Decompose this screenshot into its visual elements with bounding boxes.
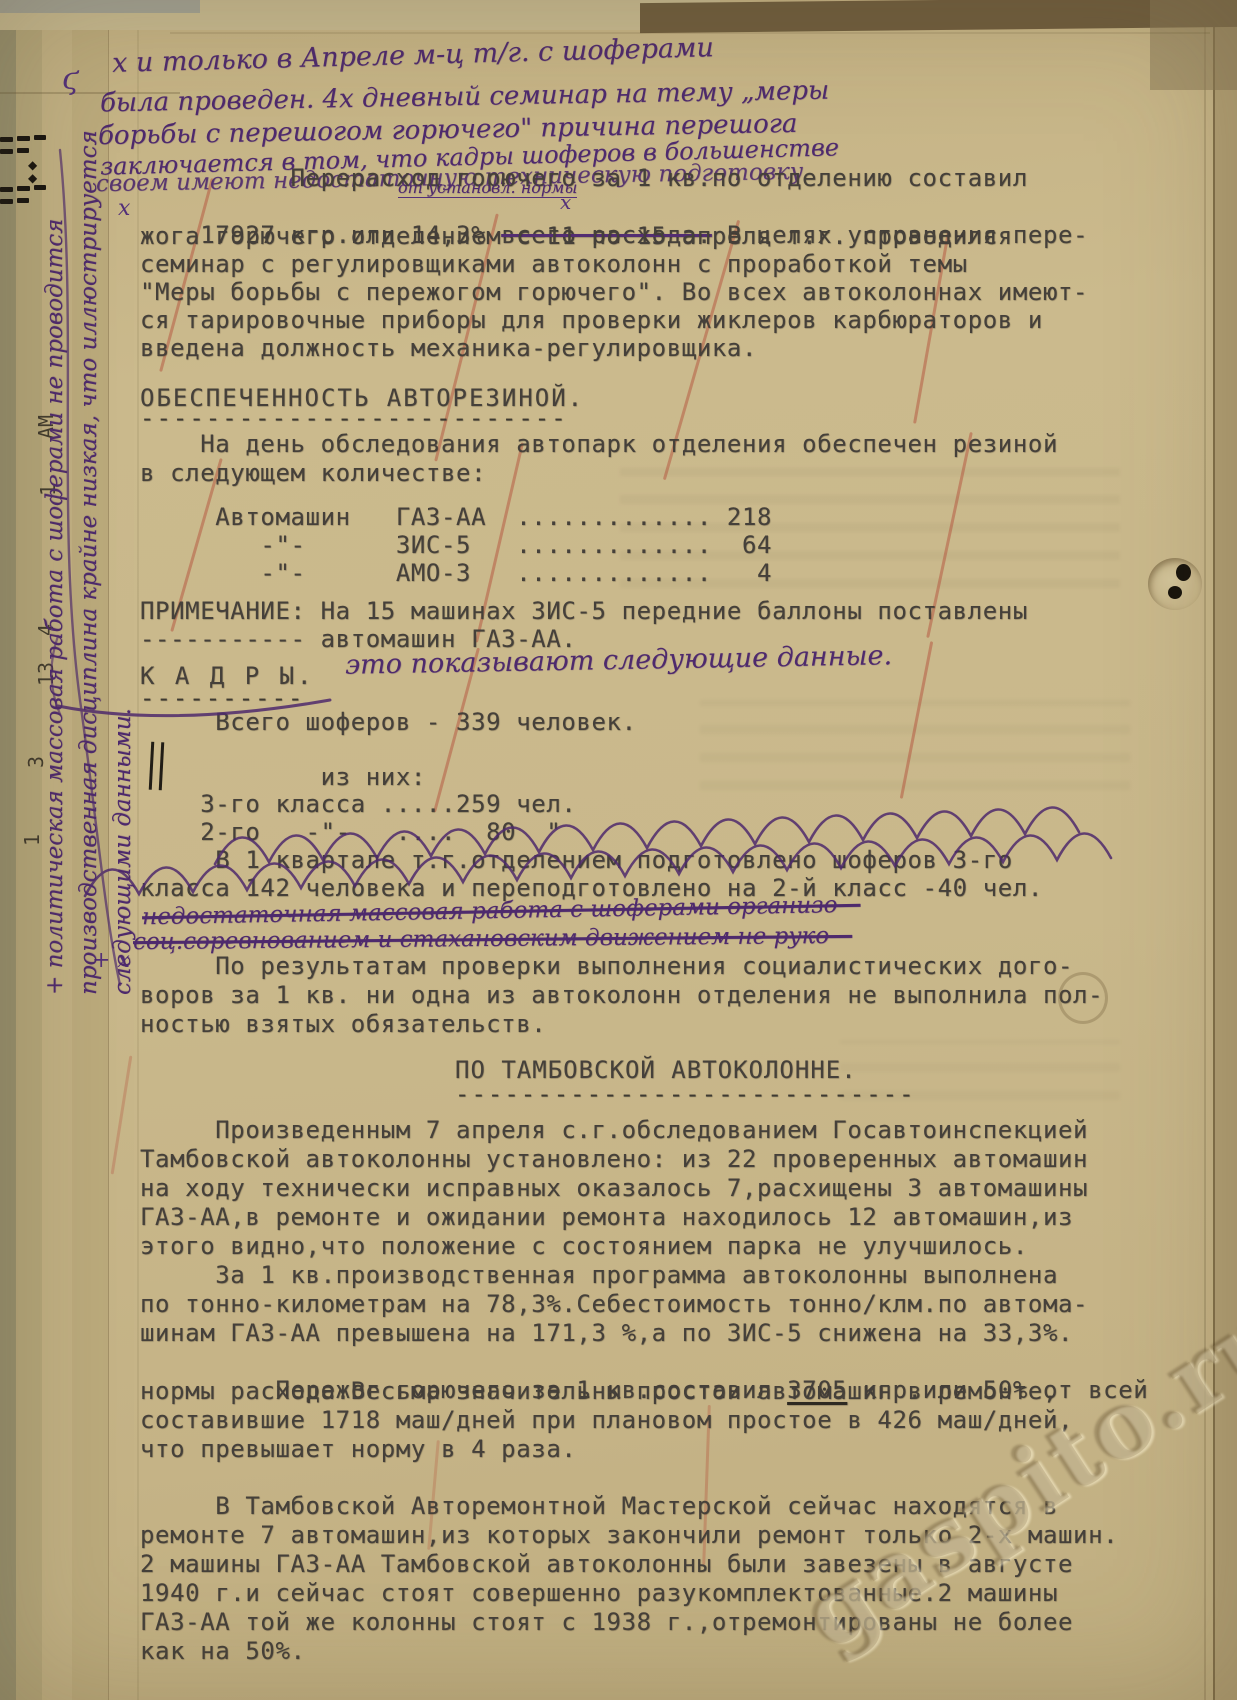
typed-line: как на 50%.	[140, 1637, 306, 1665]
margin-dash	[17, 148, 29, 153]
margin-dash	[0, 137, 13, 142]
typed-line: ГАЗ-АА,в ремонте и ожидании ремонта нахо…	[140, 1203, 1073, 1231]
top-edge-band-dark	[640, 0, 1237, 33]
typed-line: что превышает норму в 4 раза.	[140, 1435, 576, 1463]
typed-line: из них:	[140, 763, 426, 791]
typed-line: воров за 1 кв. ни одна из автоколонн отд…	[140, 981, 1103, 1009]
margin-dash	[17, 136, 30, 141]
hole-punch-shadow	[1176, 564, 1191, 581]
typed-line: ностью взятых обязательств.	[140, 1010, 546, 1038]
typed-line: этого видно,что положение с состоянием п…	[140, 1232, 1028, 1260]
red-pencil-stroke	[111, 1056, 133, 1175]
typed-line: в следующем количестве:	[140, 459, 486, 487]
margin-diamond: ◆	[28, 171, 37, 185]
typed-line: Произведенным 7 апреля с.г.обследованием…	[140, 1116, 1088, 1144]
typed-line: 3-го класса .....259 чел.	[140, 790, 576, 818]
margin-dash	[0, 187, 13, 192]
note-line: ПРИМЕЧАНИЕ: На 15 машинах ЗИС-5 передние…	[140, 597, 1028, 625]
page-edge-strip	[0, 0, 16, 1700]
margin-diamond: ◆	[28, 158, 37, 172]
typed-line: Тамбовской автоколонны установлено: из 2…	[140, 1145, 1088, 1173]
typed-line: семинар с регулировщиками автоколонн с п…	[140, 250, 968, 278]
typed-line: введена должность механика-регулировщика…	[140, 334, 757, 362]
typed-line: Всего шоферов - 339 человек.	[140, 708, 637, 736]
double-bar-mark	[149, 742, 164, 791]
handwritten-margin-note: + политическая массовая работа с шоферам…	[38, 115, 148, 995]
typed-line: ГАЗ-АА той же колонны стоят с 1938 г.,от…	[140, 1608, 1073, 1636]
top-edge-band-gray	[0, 0, 200, 13]
typed-line: шинам ГАЗ-АА превышена на 171,3 %,а по З…	[140, 1319, 1073, 1347]
typed-line: составившие 1718 маш/дней при плановом п…	[140, 1406, 1073, 1434]
tyre-table-row: Автомашин ГАЗ-АА ............. 218	[140, 503, 772, 531]
hole-punch	[1148, 558, 1202, 610]
margin-dash	[0, 199, 13, 204]
top-right-corner	[1150, 0, 1237, 90]
section-underline: --------------------------	[140, 404, 568, 432]
hole-punch-faint	[1058, 972, 1108, 1024]
handwritten-top-note-line: х и только в Апреле м-ц т/г. с шоферами	[112, 32, 714, 79]
page-edge-strip-right	[1213, 0, 1237, 1700]
typed-line: "Меры борьбы с пережогом горючего". Во в…	[140, 278, 1088, 306]
typed-line: на ходу технически исправных оказалось 7…	[140, 1174, 1088, 1202]
typed-line: по тонно-километрам на 78,3%.Себестоимос…	[140, 1290, 1088, 1318]
typed-line: нормы расхода.Весьма значительны простои…	[140, 1377, 1058, 1405]
margin-dash	[17, 198, 29, 203]
typed-line: жога горючего отделением с 11 по 15 апре…	[140, 222, 1013, 250]
section-underline: ----------------------------	[455, 1080, 916, 1108]
typed-line: На день обследования автопарк отделения …	[140, 430, 1058, 458]
hole-punch-shadow	[1168, 586, 1182, 599]
typed-line: За 1 кв.производственная программа авток…	[140, 1261, 1058, 1289]
ink-bleedthrough	[700, 700, 1130, 790]
typed-line: По результатам проверки выполнения социа…	[140, 952, 1073, 980]
margin-dash	[17, 186, 30, 191]
red-pencil-stroke	[900, 641, 933, 799]
handwritten-struck-note: соц.соревнованием и стахановским движени…	[133, 923, 852, 955]
tyre-table-row: -"- ЗИС-5 ............. 64	[140, 531, 772, 559]
handwritten-mark: ϛ	[62, 62, 79, 97]
typed-line: Перерасход горючего за 1 кв.по отделению…	[140, 164, 1028, 192]
typed-line: 2-го -"- .... 80 "	[140, 818, 561, 846]
typed-line-struck-para: В 1 квартале т.г.отделением подготовлено…	[140, 846, 1013, 874]
handwritten-correction: от установл. нормы	[398, 178, 577, 198]
tyre-table-row: -"- АМО-3 ............. 4	[140, 559, 772, 587]
scanned-document-page: ◆ ◆ АМ 1 4 13 3 1 х и только в Апреле м-…	[0, 0, 1237, 1700]
typed-line: ся тарировочные приборы для проверки жик…	[140, 306, 1043, 334]
margin-dash	[0, 149, 13, 154]
handwritten-x-mark: х	[560, 190, 571, 214]
paper-crease	[1204, 0, 1206, 1700]
